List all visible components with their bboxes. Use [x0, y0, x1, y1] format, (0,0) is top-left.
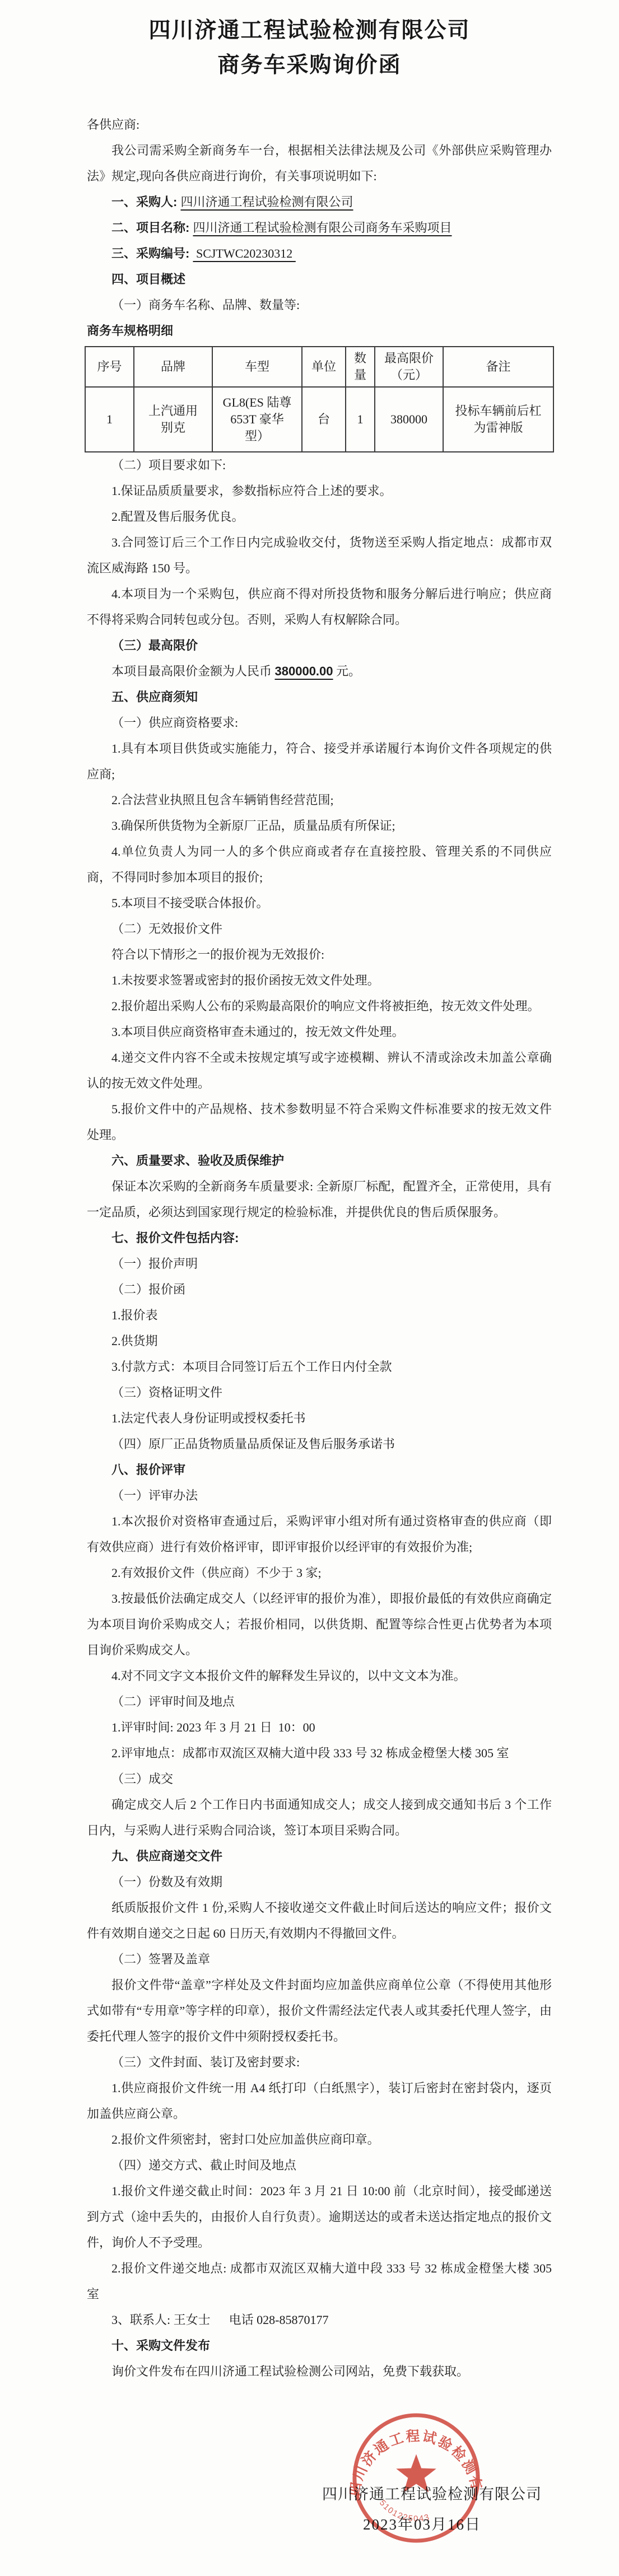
paragraph: 3.确保所供货物为全新原厂正品，质量品质有所保证;: [87, 813, 552, 839]
text-segment: （二）无效报价文件: [111, 922, 222, 936]
paragraph: （四）递交方式、截止时间及地点: [87, 2153, 552, 2178]
section-heading: 五、供应商须知: [87, 684, 552, 710]
paragraph: 1.报价表: [87, 1303, 552, 1328]
table-cell: 台: [302, 387, 346, 452]
paragraph: 三、采购编号: SCJTWC20230312: [87, 241, 552, 267]
text-segment: 五、供应商须知: [111, 690, 198, 704]
table-cell: 380000: [375, 387, 443, 452]
table-header-cell: 车型: [212, 347, 302, 387]
text-segment: （二）签署及盖章: [111, 1952, 210, 1966]
text-segment: 1.评审时间: 2023 年 3 月 21 日 10：00: [111, 1720, 315, 1734]
text-segment: 2.评审地点：成都市双流区双楠大道中段 333 号 32 栋成金橙堡大楼 305…: [111, 1746, 509, 1760]
paragraph: 1.报价文件递交截止时间：2023 年 3 月 21 日 10:00 前（北京时…: [87, 2178, 552, 2256]
paragraph: 1.未按要求签署或密封的报价函按无效文件处理。: [87, 968, 552, 993]
document-title: 四川济通工程试验检测有限公司 商务车采购询价函: [0, 0, 619, 83]
company-seal-stamp: 四川济通工程试验检测有限公司 5101225043: [350, 2410, 483, 2545]
text-segment: 六、质量要求、验收及质保维护: [111, 1154, 284, 1168]
text-segment: 2.报价文件递交地点: 成都市双流区双楠大道中段 333 号 32 栋成金橙堡大…: [87, 2261, 555, 2301]
paragraph: 2.报价文件递交地点: 成都市双流区双楠大道中段 333 号 32 栋成金橙堡大…: [87, 2256, 552, 2307]
section-heading: 九、供应商递交文件: [87, 1844, 552, 1869]
text-segment: 1.法定代表人身份证明或授权委托书: [111, 1411, 306, 1425]
svg-text:5101225043: 5101225043: [378, 2499, 431, 2524]
paragraph: （一）供应商资格要求:: [87, 710, 552, 736]
paragraph: 符合以下情形之一的报价视为无效报价:: [87, 942, 552, 968]
paragraph: 二、项目名称: 四川济通工程试验检测有限公司商务车采购项目: [87, 215, 552, 241]
text-segment: 2.配置及售后服务优良。: [111, 510, 244, 524]
paragraph: 纸质版报价文件 1 份,采购人不接收递交文件截止时间后送达的响应文件；报价文件有…: [87, 1895, 552, 1947]
svg-text:四川济通工程试验检测有限公司: 四川济通工程试验检测有限公司: [350, 2410, 483, 2497]
paragraphs-after-table: （二）项目要求如下:1.保证品质质量要求，参数指标应符合上述的要求。2.配置及售…: [87, 452, 552, 2384]
paragraph: 4.本项目为一个采购包，供应商不得对所投货物和服务分解后进行响应；供应商不得将采…: [87, 581, 552, 633]
paragraph: 5.报价文件中的产品规格、技术参数明显不符合采购文件标准要求的按无效文件处理。: [87, 1096, 552, 1148]
table-header-cell: 品牌: [134, 347, 212, 387]
paragraph: （一）份数及有效期: [87, 1869, 552, 1895]
text-segment: 3.确保所供货物为全新原厂正品，质量品质有所保证;: [111, 819, 395, 833]
paragraph: 2.报价超出采购人公布的采购最高限价的响应文件将被拒绝，按无效文件处理。: [87, 993, 552, 1019]
paragraph: （四）原厂正品货物质量品质保证及售后服务承诺书: [87, 1431, 552, 1457]
table-header-cell: 序号: [85, 347, 134, 387]
section-heading: 七、报价文件包括内容:: [87, 1225, 552, 1251]
text-segment: 一、采购人:: [111, 195, 180, 209]
text-segment: 三、采购编号:: [111, 246, 193, 260]
paragraph: 保证本次采购的全新商务车质量要求: 全新原厂标配，配置齐全，正常使用，具有一定品…: [87, 1174, 552, 1225]
table-cell: 1: [346, 387, 375, 452]
text-segment: 四川济通工程试验检测有限公司商务车采购项目: [193, 221, 452, 235]
text-segment: 八、报价评审: [111, 1463, 185, 1477]
text-segment: 1.供应商报价文件统一用 A4 纸打印（白纸黑字），装订后密封在密封袋内，逐页加…: [87, 2081, 552, 2121]
text-segment: 1.未按要求签署或密封的报价函按无效文件处理。: [111, 973, 380, 987]
text-segment: （二）评审时间及地点: [111, 1695, 235, 1709]
paragraph: 3.付款方式：本项目合同签订后五个工作日内付全款: [87, 1354, 552, 1380]
spec-table-section: 商务车规格明细 序号品牌车型单位数量最高限价（元）备注 1上汽通用别克GL8(E…: [87, 318, 552, 452]
text-segment: 1.本次报价对资格审查通过后，采购评审小组对所有通过资格审查的供应商（即有效供应…: [87, 1514, 552, 1554]
scanned-document-page: 四川济通工程试验检测有限公司 商务车采购询价函 各供应商:我公司需采购全新商务车…: [0, 0, 619, 2576]
document-body: 各供应商:我公司需采购全新商务车一台，根据相关法律法规及公司《外部供应采购管理办…: [0, 112, 619, 2384]
table-cell: 上汽通用别克: [134, 387, 212, 452]
paragraph: 3.合同签订后三个工作日内完成验收交付，货物送至采购人指定地点：成都市双流区威海…: [87, 530, 552, 581]
paragraph: 1.供应商报价文件统一用 A4 纸打印（白纸黑字），装订后密封在密封袋内，逐页加…: [87, 2075, 552, 2127]
text-segment: 2.有效报价文件（供应商）不少于 3 家;: [111, 1566, 322, 1580]
table-header-cell: 单位: [302, 347, 346, 387]
text-segment: 3.本项目供应商资格审查未通过的，按无效文件处理。: [111, 1025, 404, 1039]
star-icon: [396, 2454, 436, 2492]
paragraph: 1.法定代表人身份证明或授权委托书: [87, 1406, 552, 1431]
text-segment: 确定成交人后 2 个工作日内书面通知成交人；成交人接到成交通知书后 3 个工作日…: [87, 1798, 552, 1837]
paragraph: 一、采购人: 四川济通工程试验检测有限公司: [87, 189, 552, 215]
paragraph: 2.报价文件须密封，密封口处应加盖供应商印章。: [87, 2127, 552, 2153]
paragraph: （二）项目要求如下:: [87, 452, 552, 478]
text-segment: （二）项目要求如下:: [111, 458, 226, 472]
paragraph: 4.递交文件内容不全或未按规定填写或字迹模糊、辨认不清或涂改未加盖公章确认的按无…: [87, 1045, 552, 1096]
table-header-cell: 备注: [443, 347, 553, 387]
text-segment: 3.付款方式：本项目合同签订后五个工作日内付全款: [111, 1360, 392, 1374]
text-segment: （三）文件封面、装订及密封要求:: [111, 2055, 300, 2069]
paragraph: 1.本次报价对资格审查通过后，采购评审小组对所有通过资格审查的供应商（即有效供应…: [87, 1509, 552, 1560]
document-title-line2: 商务车采购询价函: [0, 48, 619, 83]
paragraph: （二）无效报价文件: [87, 916, 552, 942]
text-segment: （一）供应商资格要求:: [111, 716, 238, 730]
section-heading: 四、项目概述: [87, 267, 552, 292]
table-cell: 投标车辆前后杠为雷神版: [443, 387, 553, 452]
section-heading: （三）最高限价: [87, 633, 552, 659]
vehicle-spec-table: 序号品牌车型单位数量最高限价（元）备注 1上汽通用别克GL8(ES 陆尊 653…: [85, 346, 554, 452]
text-segment: 5.本项目不接受联合体报价。: [111, 896, 269, 910]
text-segment: 十、采购文件发布: [111, 2339, 210, 2353]
text-segment: 4.本项目为一个采购包，供应商不得对所投货物和服务分解后进行响应；供应商不得将采…: [87, 587, 552, 627]
text-segment: （三）最高限价: [111, 638, 198, 652]
seal-ring-text: 四川济通工程试验检测有限公司: [350, 2410, 483, 2497]
paragraph: 2.合法营业执照且包含车辆销售经营范围;: [87, 787, 552, 813]
paragraph: （二）评审时间及地点: [87, 1689, 552, 1715]
text-segment: 保证本次采购的全新商务车质量要求: 全新原厂标配，配置齐全，正常使用，具有一定品…: [87, 1179, 552, 1219]
paragraph: 1.保证品质质量要求，参数指标应符合上述的要求。: [87, 478, 552, 504]
text-segment: 符合以下情形之一的报价视为无效报价:: [111, 948, 324, 962]
paragraph: （一）报价声明: [87, 1251, 552, 1277]
table-header-cell: 数量: [346, 347, 375, 387]
text-segment: （四）递交方式、截止时间及地点: [111, 2158, 296, 2172]
text-segment: 九、供应商递交文件: [111, 1849, 222, 1863]
text-segment: （二）报价函: [111, 1282, 185, 1296]
text-segment: 七、报价文件包括内容:: [111, 1231, 239, 1245]
paragraph: 询价文件发布在四川济通工程试验检测公司网站，免费下载获取。: [87, 2359, 552, 2384]
paragraph: （三）文件封面、装订及密封要求:: [87, 2050, 552, 2075]
table-header-cell: 最高限价（元）: [375, 347, 443, 387]
paragraph: 各供应商:: [87, 112, 552, 138]
text-segment: （三）成交: [111, 1772, 173, 1786]
paragraph: 2.供货期: [87, 1328, 552, 1354]
text-segment: 询价文件发布在四川济通工程试验检测公司网站，免费下载获取。: [111, 2364, 469, 2378]
text-segment: 四、项目概述: [111, 272, 185, 286]
text-segment: SCJTWC20230312: [193, 246, 295, 260]
paragraph: 本项目最高限价金额为人民币 380000.00 元。: [87, 659, 552, 684]
paragraph: 5.本项目不接受联合体报价。: [87, 890, 552, 916]
text-segment: 元。: [333, 664, 361, 678]
paragraph: （三）资格证明文件: [87, 1380, 552, 1406]
paragraph: 2.评审地点：成都市双流区双楠大道中段 333 号 32 栋成金橙堡大楼 305…: [87, 1740, 552, 1766]
paragraph: 2.配置及售后服务优良。: [87, 504, 552, 530]
text-segment: 2.报价文件须密封，密封口处应加盖供应商印章。: [111, 2132, 380, 2146]
text-segment: 报价文件带“盖章”字样处及文件封面均应加盖供应商单位公章（不得使用其他形式如带有…: [87, 1978, 552, 2043]
seal-serial-number: 5101225043: [378, 2499, 431, 2524]
table-row: 1上汽通用别克GL8(ES 陆尊 653T 豪华型）台1380000投标车辆前后…: [85, 387, 553, 452]
table-title: 商务车规格明细: [87, 318, 552, 344]
text-segment: （一）报价声明: [111, 1257, 198, 1271]
paragraph: 我公司需采购全新商务车一台，根据相关法律法规及公司《外部供应采购管理办法》规定,…: [87, 138, 552, 189]
text-segment: （三）资格证明文件: [111, 1385, 222, 1399]
paragraph: （一）商务车名称、品牌、数量等:: [87, 292, 552, 318]
table-header-row: 序号品牌车型单位数量最高限价（元）备注: [85, 347, 553, 387]
text-segment: 5.报价文件中的产品规格、技术参数明显不符合采购文件标准要求的按无效文件处理。: [87, 1102, 552, 1142]
text-segment: 1.报价文件递交截止时间：2023 年 3 月 21 日 10:00 前（北京时…: [87, 2184, 552, 2250]
paragraph: （二）报价函: [87, 1277, 552, 1303]
text-segment: 3.按最低价法确定成交人（以经评审的报价为准），即报价最低的有效供应商确定为本项…: [87, 1592, 552, 1657]
paragraph: 3、联系人: 王女士 电话 028-85870177: [87, 2307, 552, 2333]
paragraph: 3.按最低价法确定成交人（以经评审的报价为准），即报价最低的有效供应商确定为本项…: [87, 1586, 552, 1663]
text-segment: 3、联系人: 王女士 电话 028-85870177: [111, 2313, 328, 2327]
text-segment: （四）原厂正品货物质量品质保证及售后服务承诺书: [111, 1437, 395, 1451]
section-heading: 十、采购文件发布: [87, 2333, 552, 2359]
text-segment: 我公司需采购全新商务车一台，根据相关法律法规及公司《外部供应采购管理办法》规定,…: [87, 143, 552, 183]
text-segment: 四川济通工程试验检测有限公司: [180, 195, 353, 209]
table-cell: 1: [85, 387, 134, 452]
text-segment: 4.单位负责人为同一人的多个供应商或者存在直接控股、管理关系的不同供应商，不得同…: [87, 844, 552, 884]
text-segment: 4.对不同文字文本报价文件的解释发生异议的，以中文文本为准。: [111, 1669, 466, 1683]
paragraph: （二）签署及盖章: [87, 1947, 552, 1972]
paragraph: （三）成交: [87, 1766, 552, 1792]
paragraph: 确定成交人后 2 个工作日内书面通知成交人；成交人接到成交通知书后 3 个工作日…: [87, 1792, 552, 1844]
table-cell: GL8(ES 陆尊 653T 豪华型）: [212, 387, 302, 452]
text-segment: 2.合法营业执照且包含车辆销售经营范围;: [111, 793, 334, 807]
text-segment: 1.具有本项目供货或实施能力，符合、接受并承诺履行本询价文件各项规定的供应商;: [87, 741, 552, 781]
paragraph: （一）评审办法: [87, 1483, 552, 1509]
paragraph: 3.本项目供应商资格审查未通过的，按无效文件处理。: [87, 1019, 552, 1045]
text-segment: （一）评审办法: [111, 1488, 198, 1502]
paragraph: 4.单位负责人为同一人的多个供应商或者存在直接控股、管理关系的不同供应商，不得同…: [87, 839, 552, 890]
paragraphs-before-table: 各供应商:我公司需采购全新商务车一台，根据相关法律法规及公司《外部供应采购管理办…: [87, 112, 552, 318]
text-segment: 2.供货期: [111, 1334, 158, 1348]
text-segment: 3.合同签订后三个工作日内完成验收交付，货物送至采购人指定地点：成都市双流区威海…: [87, 535, 552, 575]
text-segment: 380000.00: [275, 664, 333, 678]
text-segment: 纸质版报价文件 1 份,采购人不接收递交文件截止时间后送达的响应文件；报价文件有…: [87, 1901, 552, 1940]
text-segment: （一）份数及有效期: [111, 1875, 222, 1889]
text-segment: 2.报价超出采购人公布的采购最高限价的响应文件将被拒绝，按无效文件处理。: [111, 999, 540, 1013]
text-segment: 4.递交文件内容不全或未按规定填写或字迹模糊、辨认不清或涂改未加盖公章确认的按无…: [87, 1051, 552, 1090]
section-heading: 八、报价评审: [87, 1457, 552, 1483]
text-segment: 二、项目名称:: [111, 221, 193, 235]
paragraph: 4.对不同文字文本报价文件的解释发生异议的，以中文文本为准。: [87, 1663, 552, 1689]
section-heading: 六、质量要求、验收及质保维护: [87, 1148, 552, 1174]
paragraph: 报价文件带“盖章”字样处及文件封面均应加盖供应商单位公章（不得使用其他形式如带有…: [87, 1972, 552, 2050]
paragraph: 2.有效报价文件（供应商）不少于 3 家;: [87, 1560, 552, 1586]
text-segment: （一）商务车名称、品牌、数量等:: [111, 298, 300, 312]
paragraph: 1.评审时间: 2023 年 3 月 21 日 10：00: [87, 1715, 552, 1740]
text-segment: 本项目最高限价金额为人民币: [111, 664, 275, 678]
text-segment: 1.保证品质质量要求，参数指标应符合上述的要求。: [111, 484, 392, 498]
document-title-line1: 四川济通工程试验检测有限公司: [0, 13, 619, 48]
text-segment: 各供应商:: [87, 118, 139, 132]
paragraph: 1.具有本项目供货或实施能力，符合、接受并承诺履行本询价文件各项规定的供应商;: [87, 736, 552, 787]
text-segment: 1.报价表: [111, 1308, 158, 1322]
